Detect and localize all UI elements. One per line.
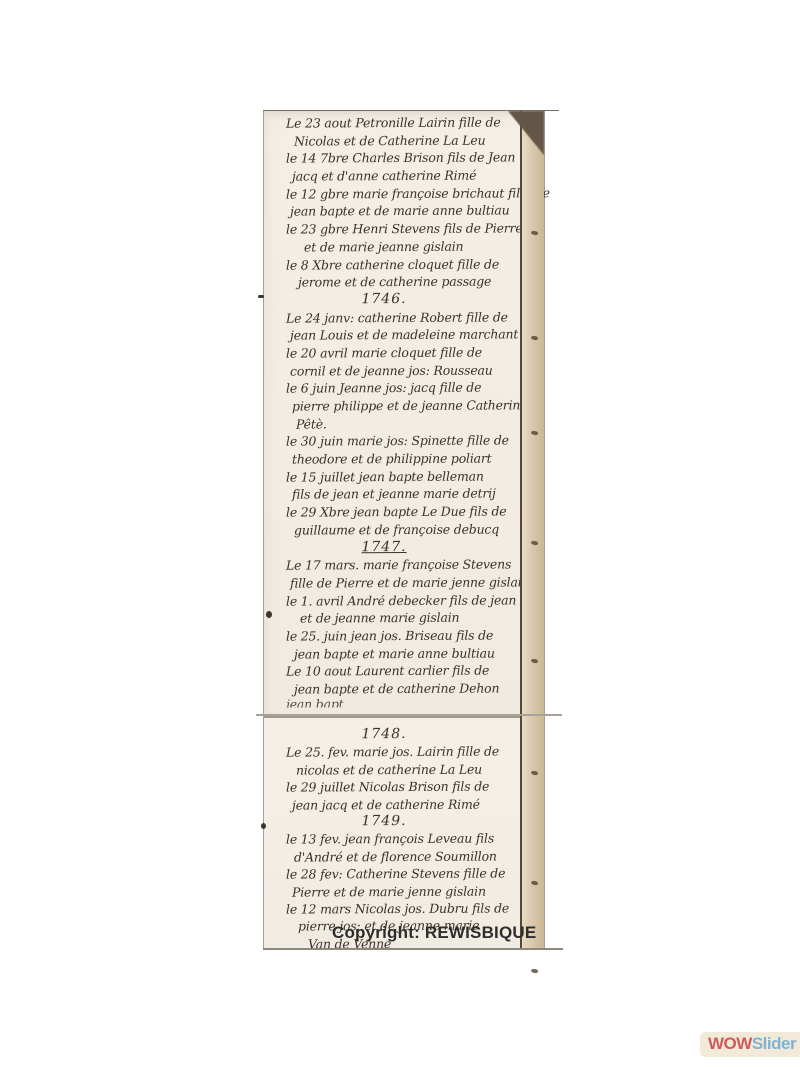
wowslider-slider-text: Slider bbox=[752, 1034, 796, 1053]
manuscript-line: le 23 gbre Henri Stevens fils de Pierre bbox=[264, 219, 544, 238]
manuscript-line: le 14 7bre Charles Brison fils de Jean bbox=[264, 149, 544, 168]
manuscript-line: le 20 avril marie cloquet fille de bbox=[264, 343, 544, 362]
ink-mark bbox=[531, 770, 539, 776]
manuscript-line: le 13 fev. jean françois Leveau fils bbox=[264, 830, 544, 849]
manuscript-line: et de marie jeanne gislain bbox=[264, 237, 544, 256]
scan-seam-line bbox=[256, 714, 562, 716]
manuscript-line: fille de Pierre et de marie jenne gislai… bbox=[264, 573, 544, 592]
ink-mark bbox=[531, 230, 539, 236]
manuscript-line: Le 24 janv: catherine Robert fille de bbox=[264, 308, 544, 327]
manuscript-line: Le 25. fev. marie jos. Lairin fille de bbox=[264, 743, 544, 762]
ink-mark bbox=[531, 540, 539, 546]
ink-speck bbox=[258, 295, 264, 298]
manuscript-line: le 28 fev: Catherine Stevens fille de bbox=[264, 864, 544, 883]
manuscript-line: fils de jean et jeanne marie detrij bbox=[264, 485, 544, 504]
manuscript-line: et de jeanne marie gislain bbox=[264, 609, 544, 628]
year-heading: 1746. bbox=[264, 290, 544, 309]
manuscript-line: Pierre et de marie jenne gislain bbox=[264, 882, 544, 901]
manuscript-line: jean bapte et de catherine Dehon bbox=[264, 679, 544, 698]
manuscript-line: Le 10 aout Laurent carlier fils de bbox=[264, 662, 544, 681]
ink-mark bbox=[531, 335, 539, 341]
manuscript-line: le 29 juillet Nicolas Brison fils de bbox=[264, 777, 544, 796]
scan-edge-line-top bbox=[263, 110, 559, 111]
manuscript-line: le 12 gbre marie françoise brichaut fill… bbox=[264, 184, 544, 203]
manuscript-lower-segment: 1748.Le 25. fev. marie jos. Lairin fille… bbox=[264, 716, 544, 950]
manuscript-line: pierre philippe et de jeanne Catherine bbox=[264, 396, 544, 415]
ink-mark bbox=[531, 968, 539, 974]
manuscript-line: jean Louis et de madeleine marchant bbox=[264, 326, 544, 345]
manuscript-line: jean bapte et de marie anne bultiau bbox=[264, 202, 544, 221]
manuscript-line: jean bapte et marie anne bultiau bbox=[264, 644, 544, 663]
ink-mark bbox=[531, 430, 539, 436]
manuscript-line: nicolas et de catherine La Leu bbox=[264, 760, 544, 779]
ink-mark bbox=[531, 658, 539, 664]
manuscript-line: jean bapt bbox=[264, 697, 544, 707]
copyright-text: Copyright: REWISBIQUE bbox=[332, 923, 536, 943]
year-heading: 1748. bbox=[264, 725, 544, 744]
manuscript-line: d'André et de florence Soumillon bbox=[264, 847, 544, 866]
manuscript-line: jean jacq et de catherine Rimé bbox=[264, 795, 544, 814]
manuscript-line: le 29 Xbre jean bapte Le Due fils de bbox=[264, 502, 544, 521]
ink-speck bbox=[266, 611, 272, 618]
ink-speck bbox=[261, 823, 266, 829]
manuscript-line: Pêtè. bbox=[264, 414, 544, 433]
manuscript-line: le 15 juillet jean bapte belleman bbox=[264, 467, 544, 486]
manuscript-line: le 30 juin marie jos: Spinette fille de bbox=[264, 432, 544, 451]
manuscript-scan: Le 23 aout Petronille Lairin fille deNic… bbox=[263, 110, 545, 949]
manuscript-line: le 25. juin jean jos. Briseau fils de bbox=[264, 626, 544, 645]
manuscript-line: le 6 juin Jeanne jos: jacq fille de bbox=[264, 379, 544, 398]
scan-edge-line-bottom bbox=[263, 948, 563, 950]
ink-mark bbox=[531, 880, 539, 886]
page-edge-band bbox=[520, 111, 544, 948]
manuscript-line: theodore et de philippine poliart bbox=[264, 449, 544, 468]
manuscript-line: jacq et d'anne catherine Rimé bbox=[264, 166, 544, 185]
manuscript-line: Le 17 mars. marie françoise Stevens bbox=[264, 555, 544, 574]
manuscript-line: Le 23 aout Petronille Lairin fille de bbox=[264, 113, 544, 132]
manuscript-line: le 8 Xbre catherine cloquet fille de bbox=[264, 255, 544, 274]
manuscript-line: cornil et de jeanne jos: Rousseau bbox=[264, 361, 544, 380]
dark-page-corner bbox=[508, 111, 544, 155]
year-heading: 1747. bbox=[264, 538, 544, 557]
wowslider-wow-text: WOW bbox=[708, 1034, 752, 1053]
manuscript-line: le 12 mars Nicolas jos. Dubru fils de bbox=[264, 899, 544, 918]
manuscript-line: jerome et de catherine passage bbox=[264, 272, 544, 291]
manuscript-line: le 1. avril André debecker fils de jean bbox=[264, 591, 544, 610]
wowslider-watermark[interactable]: WOWSlider bbox=[700, 1032, 800, 1057]
manuscript-upper-segment: Le 23 aout Petronille Lairin fille deNic… bbox=[264, 111, 544, 716]
manuscript-line: Nicolas et de Catherine La Leu bbox=[264, 131, 544, 150]
year-heading: 1749. bbox=[264, 812, 544, 831]
manuscript-line: guillaume et de françoise debucq bbox=[264, 520, 544, 539]
